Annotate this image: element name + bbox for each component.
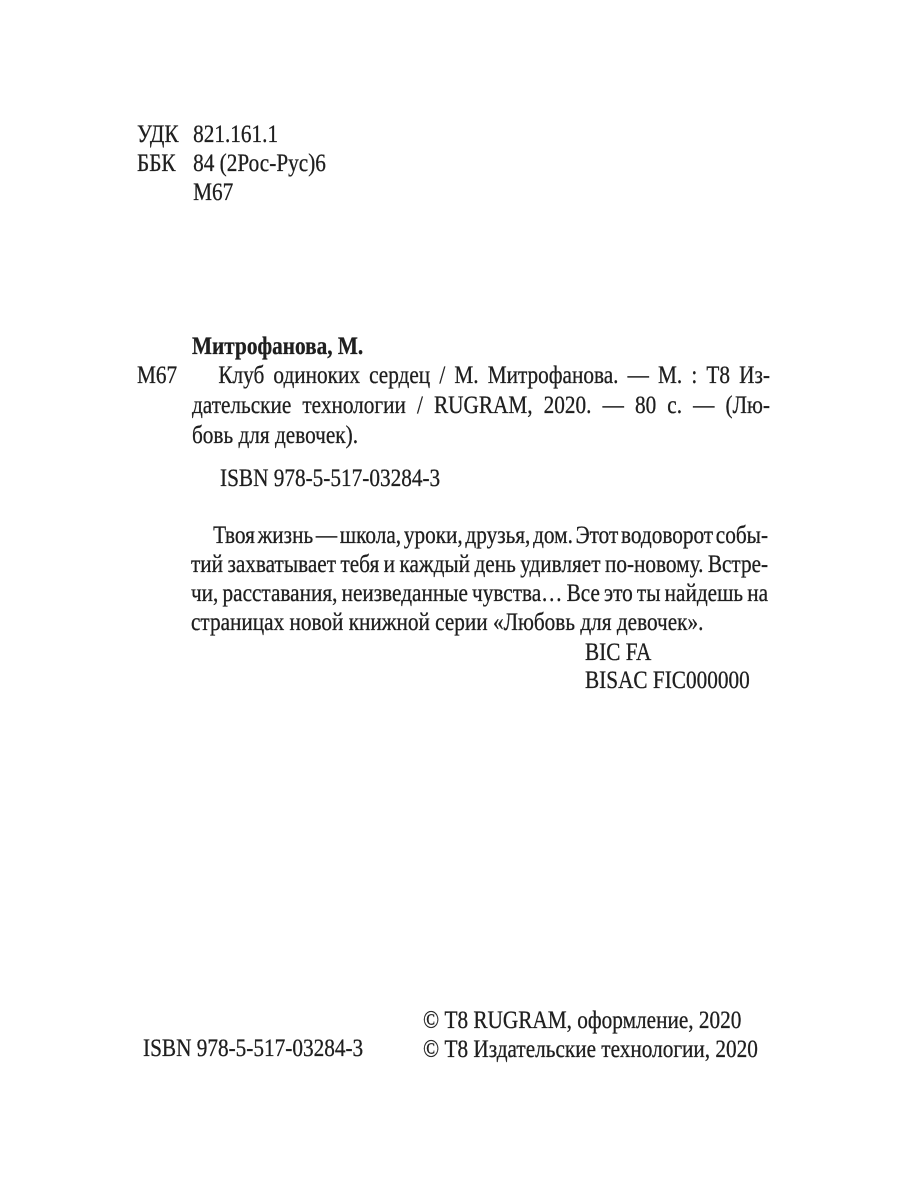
- bisac-code: BISAC FIC000000: [585, 667, 750, 695]
- annotation-line: тийзахватываеттебяикаждыйденьудивляетпо-…: [191, 550, 768, 579]
- author-sign-spacer: [137, 178, 193, 207]
- annotation-line: страницах новой книжной серии «Любовь дл…: [191, 608, 768, 637]
- catalog-entry-code: М67: [137, 361, 177, 391]
- annotation-line: чи,расставания,неизведанныечувства…Всеэт…: [191, 579, 768, 608]
- annotation: Твояжизнь—школа,уроки,друзья,дом.Этотвод…: [191, 521, 768, 637]
- copyright-tech-line: © Т8 Издательские технологии, 2020: [423, 1035, 758, 1064]
- author-sign-value: М67: [193, 178, 326, 207]
- subject-codes-block: BIC FA BISAC FIC000000: [585, 639, 750, 695]
- annotation-line: Твояжизнь—школа,уроки,друзья,дом.Этотвод…: [191, 521, 768, 550]
- footer-isbn: ISBN 978-5-517-03284-3: [143, 1034, 363, 1064]
- copyright-design-line: © Т8 RUGRAM, оформление, 2020: [423, 1006, 758, 1035]
- catalog-entry-line: дательскиетехнологии/RUGRAM,2020.—80с.—(…: [192, 391, 770, 421]
- catalog-entry: Клубодинокихсердец/М.Митрофанова.—М.:Т8И…: [192, 361, 770, 451]
- udc-label: УДК: [137, 120, 193, 149]
- copyright-block: © Т8 RUGRAM, оформление, 2020 © Т8 Издат…: [423, 1006, 758, 1064]
- udc-value: 821.161.1: [193, 120, 326, 149]
- bic-code: BIC FA: [585, 639, 750, 667]
- catalog-author-heading: Митрофанова, М.: [192, 332, 363, 362]
- copyright-page: УДК 821.161.1 ББК 84 (2Рос-Рус)6 М67 Мит…: [0, 0, 900, 1200]
- classification-block: УДК 821.161.1 ББК 84 (2Рос-Рус)6 М67: [137, 120, 326, 207]
- bbk-label: ББК: [137, 149, 193, 178]
- isbn-statement: ISBN 978-5-517-03284-3: [220, 464, 440, 494]
- bbk-value: 84 (2Рос-Рус)6: [193, 149, 326, 178]
- catalog-entry-line: Клубодинокихсердец/М.Митрофанова.—М.:Т8И…: [192, 361, 770, 391]
- catalog-entry-line: бовь для девочек).: [192, 421, 770, 451]
